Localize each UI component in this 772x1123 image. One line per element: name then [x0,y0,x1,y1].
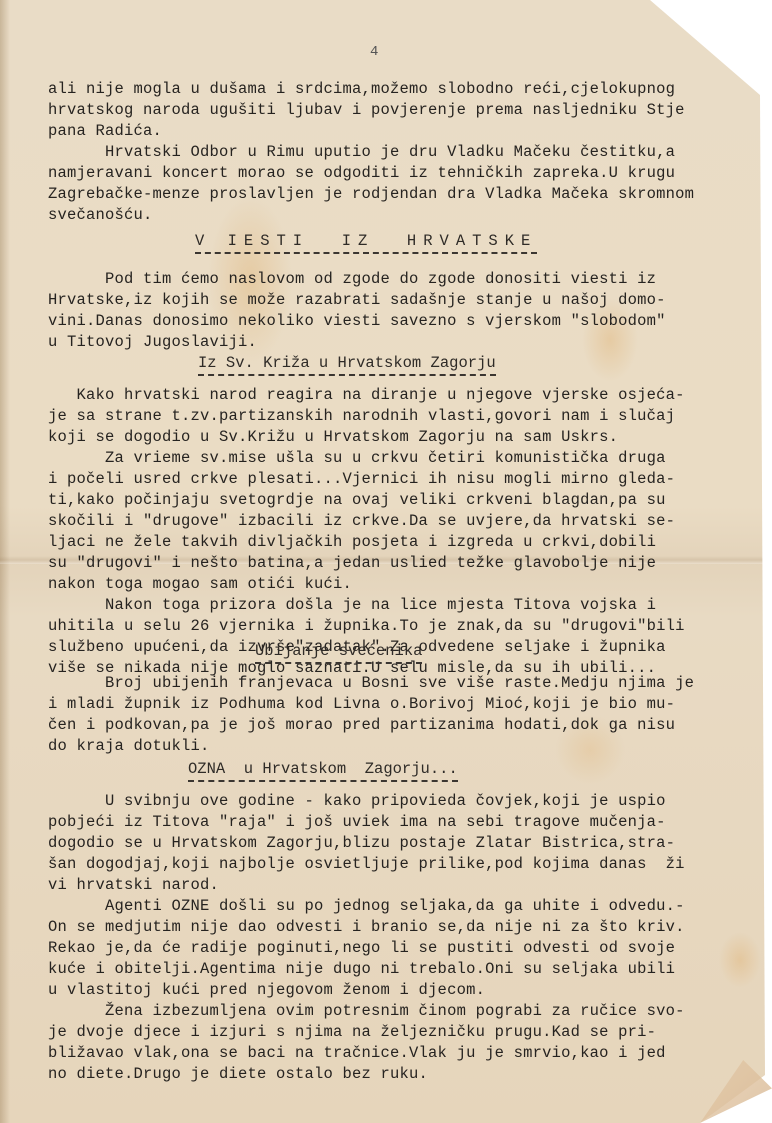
body-line: Žena izbezumljena ovim potresnim činom p… [48,1000,685,1022]
body-line: uhitila u selu 26 vjernika i župnika.To … [48,615,685,637]
body-line: kuće i obitelji.Agentima nije dugo ni tr… [48,958,675,980]
body-line: vi hrvatski narod. [48,874,219,896]
body-line: i počeli usred crkve plesati...Vjernici … [48,468,675,490]
body-line: no diete.Drugo je diete ostalo bez ruku. [48,1063,428,1085]
subsection-heading: Ubijanje svećenika [255,642,422,664]
subsection-heading: Iz Sv. Križa u Hrvatskom Zagorju [198,354,496,376]
section-line: Hrvatske,iz kojih se može razabrati sada… [48,289,666,311]
body-line: i mladi župnik iz Podhuma kod Livna o.Bo… [48,693,675,715]
body-line: Nakon toga prizora došla je na lice mjes… [48,594,656,616]
body-line: Kako hrvatski narod reagira na diranje u… [48,384,685,406]
page-number: 4 [370,44,378,60]
body-line: je sa strane t.zv.partizanskih narodnih … [48,405,675,427]
body-line: je dvoje djece i izjuri s njima na želje… [48,1021,656,1043]
body-line: ti,kako počinjaju svetogrdje na ovaj vel… [48,489,666,511]
intro-line: hrvatskog naroda ugušiti ljubav i povjer… [48,99,685,121]
subsection-heading: OZNA u Hrvatskom Zagorju... [188,760,458,782]
body-line: u vlastitoj kući pred njegovom ženom i d… [48,979,485,1001]
body-line: Broj ubijenih franjevaca u Bosni sve viš… [48,672,694,694]
body-line: Rekao je,da će radije poginuti,nego li s… [48,937,675,959]
body-line: šan dogodjaj,koji najbolje osvietljuje p… [48,853,685,875]
body-line: do kraja dotukli. [48,735,210,757]
intro-line: svečanošću. [48,204,153,226]
body-line: bližavao vlak,ona se baci na tračnice.Vl… [48,1042,666,1064]
body-line: su "drugovi" i nešto batina,a jedan usli… [48,552,656,574]
section-heading: V IESTI IZ HRVATSKE [195,232,537,254]
body-line: Za vrieme sv.mise ušla su u crkvu četiri… [48,447,666,469]
body-line: nakon toga mogao sam otići kući. [48,573,352,595]
body-line: U svibnju ove godine - kako pripovieda č… [48,790,666,812]
body-line: skočili i "drugove" izbacili iz crkve.Da… [48,510,675,532]
section-line: Pod tim ćemo naslovom od zgode do zgode … [48,268,656,290]
body-line: ljaci ne žele takvih divljačkih posjeta … [48,531,656,553]
intro-line: ali nije mogla u dušama i srdcima,možemo… [48,78,675,100]
body-line: koji se dogodio u Sv.Križu u Hrvatskom Z… [48,426,618,448]
intro-line: Hrvatski Odbor u Rimu uputio je dru Vlad… [48,141,675,163]
body-line: dogodio se u Hrvatskom Zagorju,blizu pos… [48,832,675,854]
intro-line: pana Radića. [48,120,162,142]
body-line: On se medjutim nije dao odvesti i branio… [48,916,685,938]
body-line: pobjeći iz Titova "raja" i još uviek ima… [48,811,666,833]
intro-line: Zagrebačke-menze proslavljen je rodjenda… [48,183,694,205]
section-line: vini.Danas donosimo nekoliko viesti save… [48,310,666,332]
body-line: čen i podkovan,pa je još morao pred part… [48,714,675,736]
intro-line: namjeravani koncert morao se odgoditi iz… [48,162,675,184]
body-line: Agenti OZNE došli su po jednog seljaka,d… [48,895,685,917]
typewritten-page: 4 ali nije mogla u dušama i srdcima,može… [0,0,772,1123]
section-line: u Titovoj Jugoslaviji. [48,331,257,353]
